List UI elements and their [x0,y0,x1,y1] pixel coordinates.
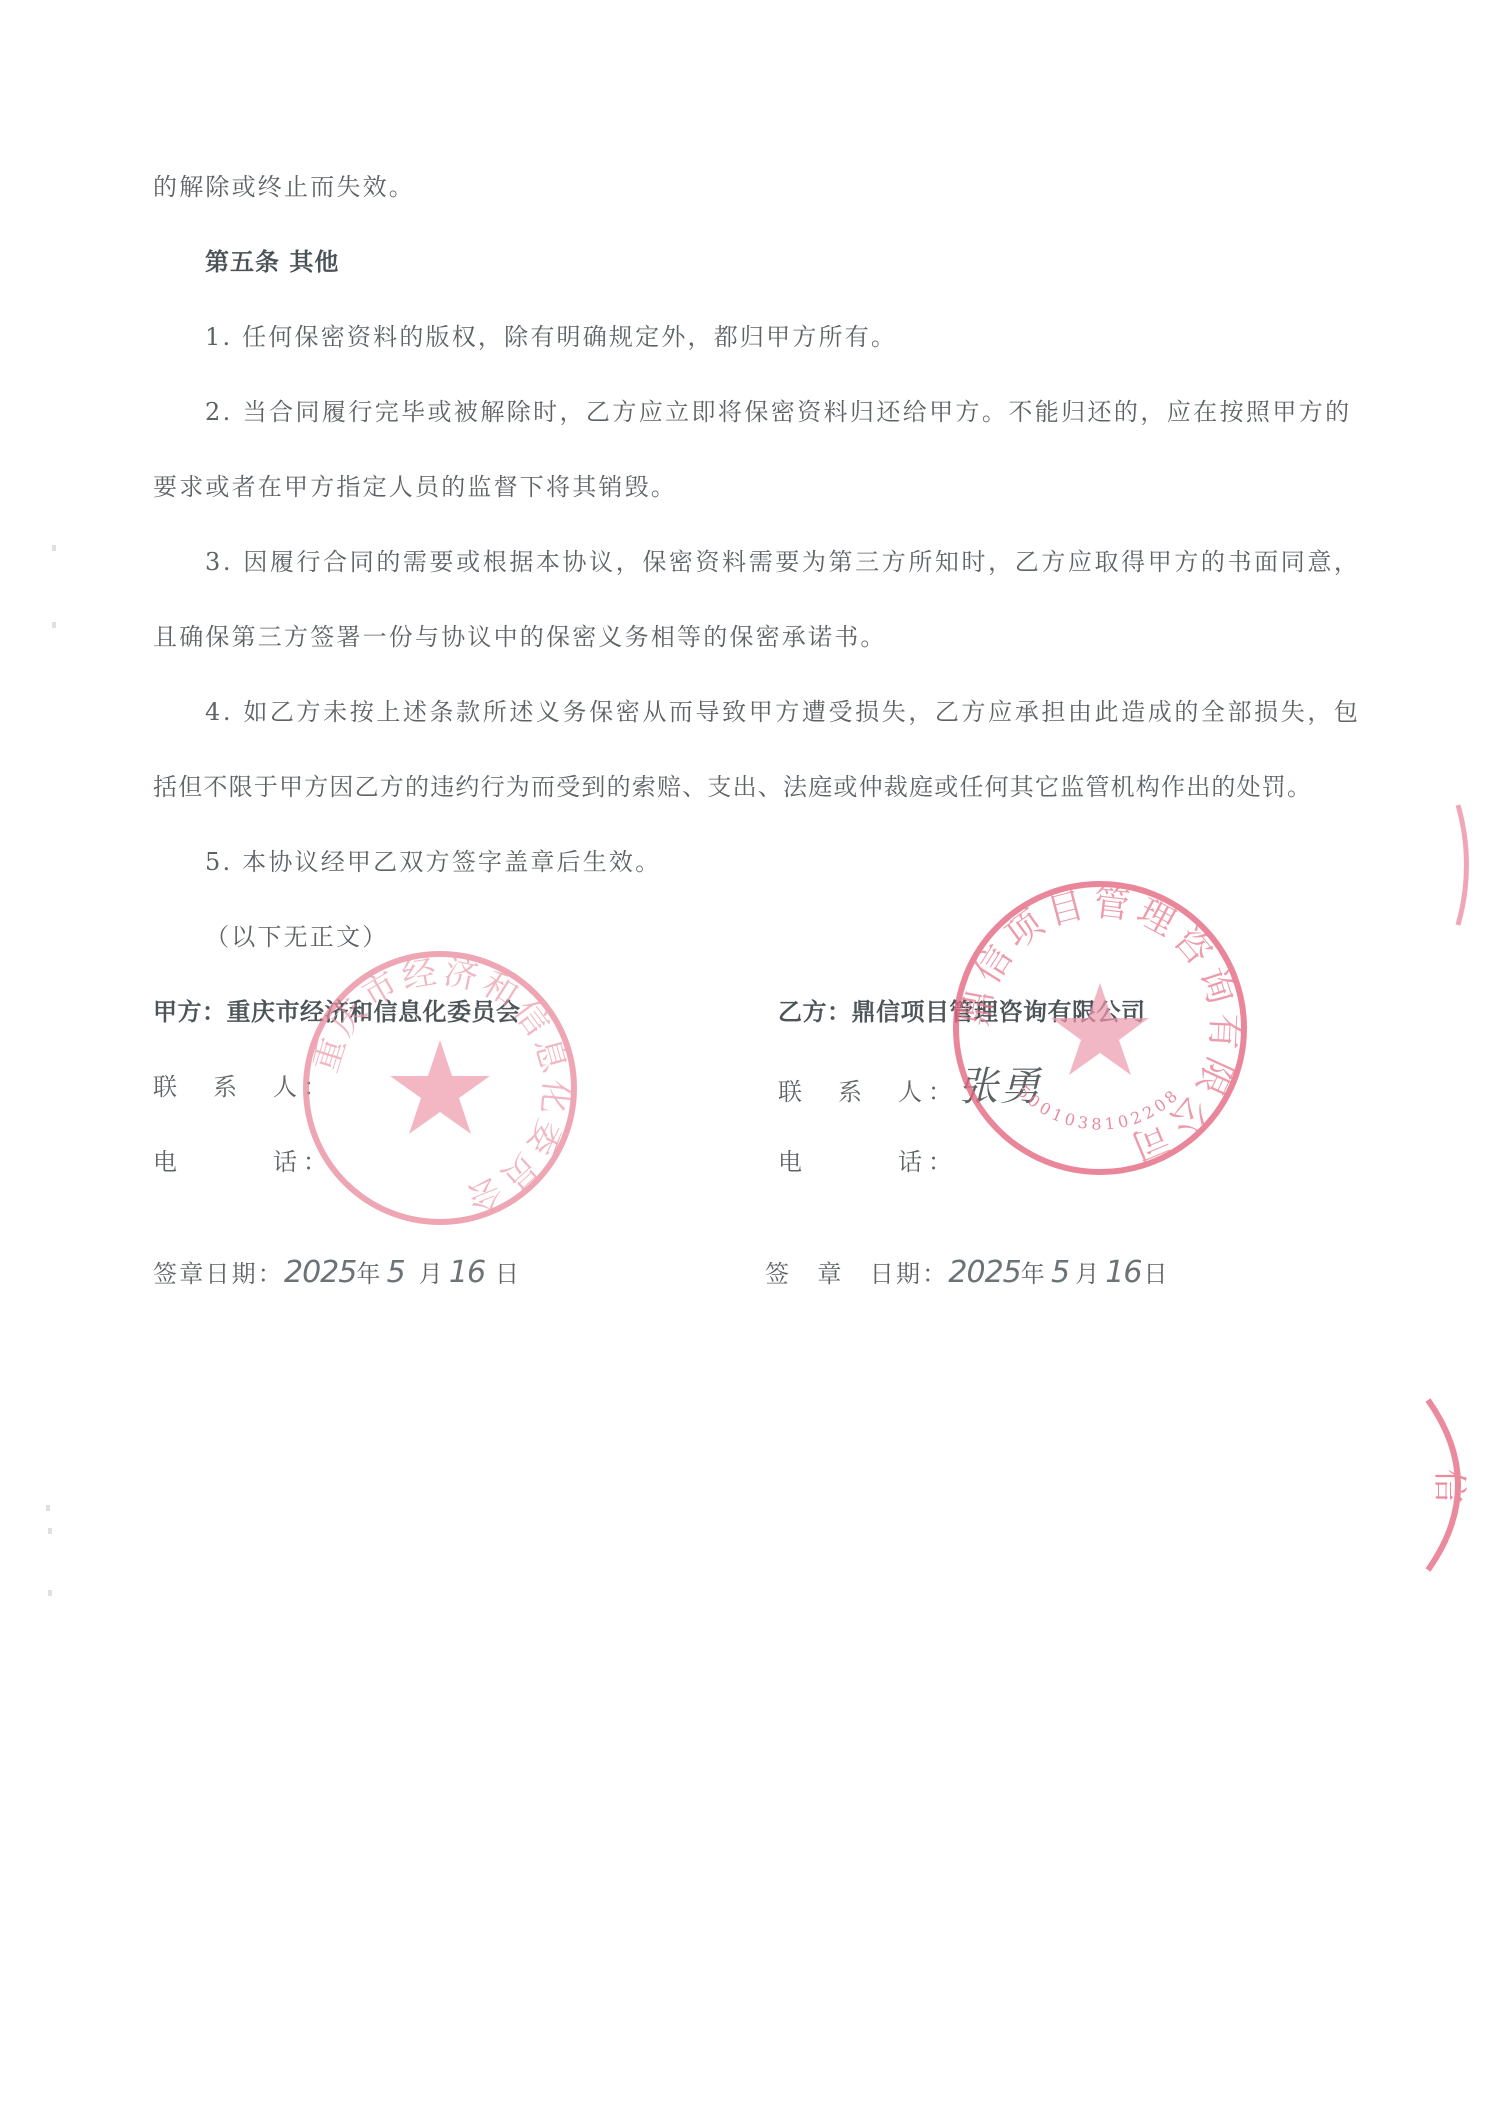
clause-2-line-1: 2. 当合同履行完毕或被解除时，乙方应立即将保密资料归还给甲方。不能归还的，应在… [205,397,1352,427]
party-a-date-day: 16 [449,1255,485,1290]
party-b-date-year: 2025 [948,1255,1020,1290]
scan-speck [46,1505,50,1511]
party-b-contact-signature: 张勇 [958,1064,1042,1110]
clause-4-line-2: 括但不限于甲方因乙方的违约行为而受到的索赔、支出、法庭或仲裁庭或任何其它监管机构… [153,772,1312,802]
party-a-date-year-unit: 年 [356,1260,382,1288]
party-a-date-day-unit: 日 [495,1260,521,1288]
party-b-date-month: 5 [1051,1255,1069,1290]
party-b-date-day-unit: 日 [1143,1260,1169,1288]
party-b-date-day: 16 [1105,1255,1141,1290]
party-a-title: 甲方：重庆市经济和信息化委员会 [153,997,521,1027]
edge-seal-fragment-text: 信 [1429,1469,1469,1503]
clause-3-line-2: 且确保第三方签署一份与协议中的保密义务相等的保密承诺书。 [153,622,887,652]
party-b-title: 乙方：鼎信项目管理咨询有限公司 [778,997,1146,1027]
edge-seal-fragment-top [1420,800,1488,930]
scan-speck [52,622,56,628]
no-more-text-note: （以下无正文） [205,922,388,952]
party-b-date: 签 章 日期：2025年5月16日 [765,1258,1170,1289]
party-a-seal-star-icon [390,1040,490,1134]
party-a-date-year: 2025 [284,1255,356,1290]
clause-4-line-1: 4. 如乙方未按上述条款所述义务保密从而导致甲方遭受损失，乙方应承担由此造成的全… [205,697,1361,727]
party-b-date-label: 签 章 日期： [765,1260,948,1288]
party-a-seal-text: 重庆市经济和信息化委员会 [306,952,577,1221]
scan-speck [48,1528,52,1534]
party-b-date-year-unit: 年 [1021,1260,1047,1288]
party-b-contact: 联 系 人：张勇 [778,1072,1042,1107]
clause-1: 1. 任何保密资料的版权，除有明确规定外，都归甲方所有。 [205,322,897,352]
party-a-date-month-unit: 月 [419,1260,445,1288]
party-a-date-month: 5 [387,1255,405,1290]
continuation-line: 的解除或终止而失效。 [153,172,415,202]
party-a-contact-label: 联 系 人： [153,1072,333,1102]
party-b-phone-label: 电 话： [778,1147,958,1177]
party-a-phone-label: 电 话： [153,1147,333,1177]
party-a-date: 签章日期：2025年5月16日 [153,1258,521,1289]
edge-seal-fragment-bottom: 信 [1420,1395,1488,1575]
party-a-official-seal: 重庆市经济和信息化委员会 [300,948,580,1228]
clause-5: 5. 本协议经甲乙双方签字盖章后生效。 [205,847,661,877]
party-a-date-label: 签章日期： [153,1260,284,1288]
party-b-company-seal: 鼎信项目管理咨询有限公司 5001038102208 [950,878,1250,1178]
document-page: 的解除或终止而失效。 第五条 其他 1. 任何保密资料的版权，除有明确规定外，都… [0,0,1488,2106]
clause-3-line-1: 3. 因履行合同的需要或根据本协议，保密资料需要为第三方所知时，乙方应取得甲方的… [205,547,1361,577]
svg-text:重庆市经济和信息化委员会: 重庆市经济和信息化委员会 [306,952,577,1221]
clause-2-line-2: 要求或者在甲方指定人员的监督下将其销毁。 [153,472,677,502]
scan-speck [48,1590,52,1596]
party-b-contact-label: 联 系 人： [778,1078,958,1106]
scan-speck [52,545,56,551]
article-heading: 第五条 其他 [205,247,339,277]
party-b-date-month-unit: 月 [1075,1260,1101,1288]
